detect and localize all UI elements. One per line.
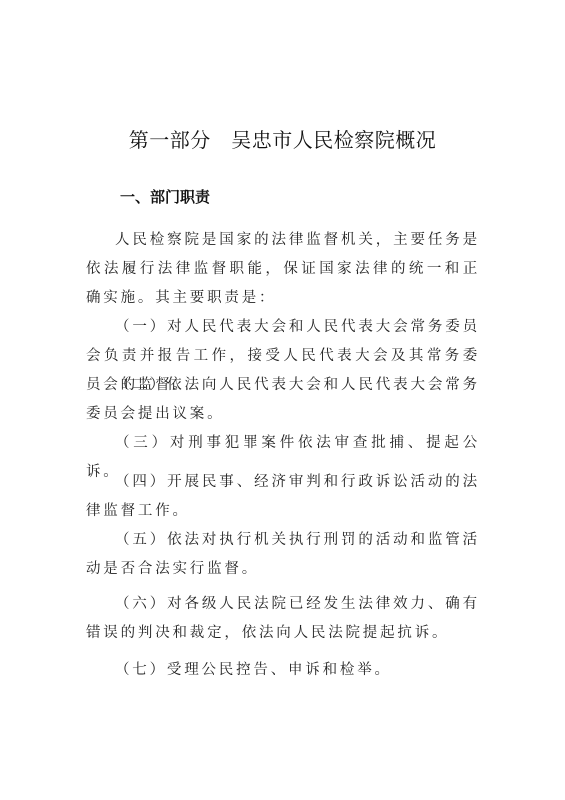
duty-text: （五）依法对执行机关执行刑罚的活动和监管活动是否合法实行监督。 (86, 526, 480, 584)
duty-item-2: （二）依法向人民代表大会和人民代表大会常务委员会提出议案。 (86, 371, 480, 429)
document-page: 第一部分 吴忠市人民检察院概况 一、部门职责 人民检察院是国家的法律监督机关，主… (0, 0, 565, 800)
section-heading: 一、部门职责 (120, 186, 210, 207)
duty-item-4: （四）开展民事、经济审判和行政诉讼活动的法律监督工作。 (86, 468, 480, 526)
duty-text: （二）依法向人民代表大会和人民代表大会常务委员会提出议案。 (86, 371, 480, 429)
duty-item-7: （七）受理公民控告、申诉和检举。 (86, 656, 480, 685)
duty-text: （六）对各级人民法院已经发生法律效力、确有错误的判决和裁定，依法向人民法院提起抗… (86, 590, 480, 648)
intro-text: 人民检察院是国家的法律监督机关，主要任务是依法履行法律监督职能，保证国家法律的统… (86, 226, 480, 313)
page-title: 第一部分 吴忠市人民检察院概况 (0, 124, 565, 153)
intro-paragraph: 人民检察院是国家的法律监督机关，主要任务是依法履行法律监督职能，保证国家法律的统… (86, 226, 480, 313)
duty-item-5: （五）依法对执行机关执行刑罚的活动和监管活动是否合法实行监督。 (86, 526, 480, 584)
duty-text: （七）受理公民控告、申诉和检举。 (86, 656, 480, 685)
duty-item-6: （六）对各级人民法院已经发生法律效力、确有错误的判决和裁定，依法向人民法院提起抗… (86, 590, 480, 648)
duty-text: （四）开展民事、经济审判和行政诉讼活动的法律监督工作。 (86, 468, 480, 526)
